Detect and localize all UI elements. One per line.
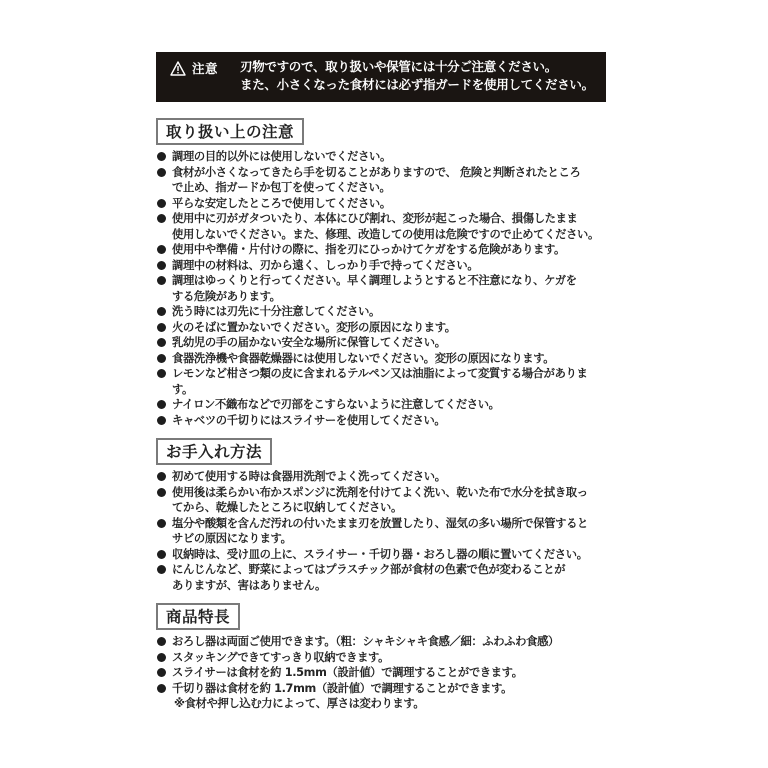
warning-triangle-icon	[170, 61, 186, 76]
bullet-icon	[157, 369, 166, 378]
warning-line: また、小さくなった食材には必ず指ガードを使用してください。	[240, 76, 594, 94]
list-item: 火のそばに置かないでください。変形の原因になります。	[156, 320, 606, 336]
bullet-icon	[157, 323, 166, 332]
bullet-icon	[157, 684, 166, 693]
list-item: おろし器は両面ご使用できます。（粗：シャキシャキ食感／細：ふわふわ食感）	[156, 634, 606, 650]
bullet-icon	[157, 276, 166, 285]
bullet-icon	[157, 416, 166, 425]
bullet-icon	[157, 550, 166, 559]
bullet-icon	[157, 653, 166, 662]
section-title-product-features: 商品特長	[156, 603, 240, 630]
list-item: 塩分や酸類を含んだ汚れの付いたまま刃を放置したり、湿気の多い場所で保管するとサビ…	[156, 516, 606, 547]
bullet-icon	[157, 637, 166, 646]
list-item: 調理の目的以外には使用しないでください。	[156, 149, 606, 165]
bullet-icon	[157, 261, 166, 270]
list-item: にんじんなど、野菜によってはプラスチック部が食材の色素で色が変わることがあります…	[156, 562, 606, 593]
list-item: 使用中や準備・片付けの際に、指を刃にひっかけてケガをする危険があります。	[156, 242, 606, 258]
list-item: 調理はゆっくりと行ってください。早く調理しようとすると不注意になり、ケガをする危…	[156, 273, 606, 304]
list-item: 使用中に刃がガタついたり、本体にひび割れ、変形が起こった場合、損傷したまま使用し…	[156, 211, 606, 242]
thickness-note: ※食材や押し込む力によって、厚さは変わります。	[156, 696, 606, 712]
list-item: 食器洗浄機や食器乾燥器には使用しないでください。変形の原因になります。	[156, 351, 606, 367]
bullet-icon	[157, 168, 166, 177]
list-item: キャベツの千切りにはスライサーを使用してください。	[156, 413, 606, 429]
bullet-icon	[157, 354, 166, 363]
bullet-icon	[157, 245, 166, 254]
list-item: 調理中の材料は、刃から遠く、しっかり手で持ってください。	[156, 258, 606, 274]
product-features-list: おろし器は両面ご使用できます。（粗：シャキシャキ食感／細：ふわふわ食感） スタッ…	[156, 634, 606, 712]
bullet-icon	[157, 472, 166, 481]
list-item: レモンなど柑さつ類の皮に含まれるテルペン又は油脂によって変質する場合があります。	[156, 366, 606, 397]
list-item: 洗う時には刃先に十分注意してください。	[156, 304, 606, 320]
warning-text: 刃物ですので、取り扱いや保管には十分ご注意ください。 また、小さくなった食材には…	[240, 58, 594, 94]
warning-heading: 注意	[170, 59, 240, 77]
list-item: スタッキングできてすっきり収納できます。	[156, 650, 606, 666]
list-item: スライサーは食材を約 1.5mm（設計値）で調理することができます。	[156, 665, 606, 681]
list-item: 平らな安定したところで使用してください。	[156, 196, 606, 212]
bullet-icon	[157, 565, 166, 574]
list-item: 乳幼児の手の届かない安全な場所に保管してください。	[156, 335, 606, 351]
list-item: 食材が小さくなってきたら手を切ることがありますので、 危険と判断されたところで止…	[156, 165, 606, 196]
list-item: 千切り器は食材を約 1.7mm（設計値）で調理することができます。	[156, 681, 606, 697]
care-instructions-list: 初めて使用する時は食器用洗剤でよく洗ってください。 使用後は柔らかい布かスポンジ…	[156, 469, 606, 593]
instruction-sheet: 注意 刃物ですので、取り扱いや保管には十分ご注意ください。 また、小さくなった食…	[156, 52, 606, 712]
bullet-icon	[157, 152, 166, 161]
bullet-icon	[157, 668, 166, 677]
list-item: 収納時は、受け皿の上に、スライサー・千切り器・おろし器の順に置いてください。	[156, 547, 606, 563]
list-item: ナイロン不織布などで刃部をこすらないように注意してください。	[156, 397, 606, 413]
bullet-icon	[157, 400, 166, 409]
bullet-icon	[157, 338, 166, 347]
handling-precautions-list: 調理の目的以外には使用しないでください。 食材が小さくなってきたら手を切ることが…	[156, 149, 606, 428]
bullet-icon	[157, 214, 166, 223]
list-item: 初めて使用する時は食器用洗剤でよく洗ってください。	[156, 469, 606, 485]
warning-line: 刃物ですので、取り扱いや保管には十分ご注意ください。	[240, 58, 594, 76]
bullet-icon	[157, 199, 166, 208]
bullet-icon	[157, 307, 166, 316]
section-title-handling-precautions: 取り扱い上の注意	[156, 118, 304, 145]
bullet-icon	[157, 488, 166, 497]
bullet-icon	[157, 519, 166, 528]
section-title-care-instructions: お手入れ方法	[156, 438, 272, 465]
warning-label: 注意	[192, 59, 218, 77]
list-item: 使用後は柔らかい布かスポンジに洗剤を付けてよく洗い、乾いた布で水分を拭き取ってか…	[156, 485, 606, 516]
warning-banner: 注意 刃物ですので、取り扱いや保管には十分ご注意ください。 また、小さくなった食…	[156, 52, 606, 102]
